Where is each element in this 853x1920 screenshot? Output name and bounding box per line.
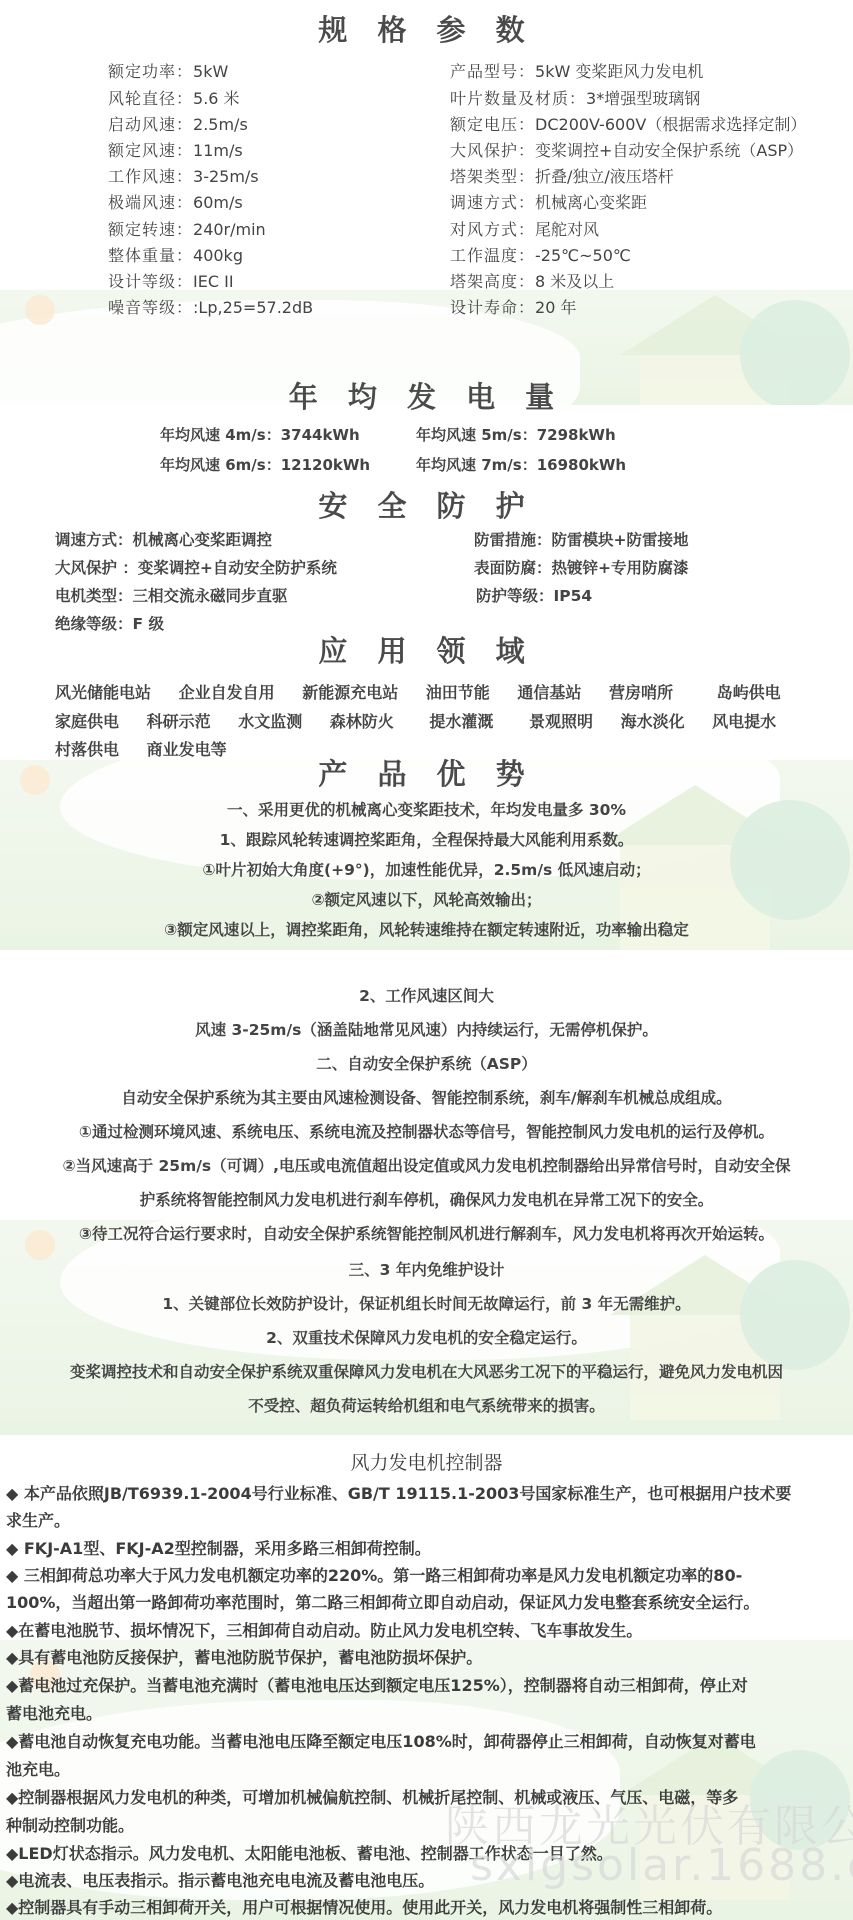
controller-line: ◆在蓄电池脱节、损坏情况下，三相卸荷自动启动。防止风力发电机空转、飞车事故发生。 [6, 1618, 851, 1641]
application-item: 家庭供电 [55, 709, 119, 732]
application-item: 科研示范 [147, 709, 211, 732]
safety-ip-rating: 防护等级：IP54 [476, 584, 592, 606]
safety-speed-control: 调速方式：机械离心变桨距调控 [55, 528, 272, 550]
advantages-title: 产 品 优 势 [0, 752, 853, 793]
spec-lifespan: 设计寿命：20 年 [450, 295, 576, 318]
spec-tower-type: 塔架类型：折叠/独立/液压塔杆 [450, 164, 674, 187]
annual-output-title: 年 均 发 电 量 [0, 375, 853, 416]
controller-line: ◆蓄电池过充保护。当蓄电池充满时（蓄电池电压达到额定电压125%），控制器将自动… [6, 1673, 851, 1696]
advantage-line: 1、跟踪风轮转速调控桨距角，全程保持最大风能利用系数。 [0, 828, 853, 850]
watermark-site: sxlgsolar.1688.com [470, 1840, 853, 1891]
controller-line: 蓄电池充电。 [6, 1701, 851, 1724]
application-item: 营房哨所 [609, 680, 673, 703]
spec-rotor-diameter: 风轮直径：5.6 米 [108, 86, 240, 109]
advantage-line: ①通过检测环境风速、系统电压、系统电流及控制器状态等信号，智能控制风力发电机的运… [0, 1120, 853, 1142]
spec-noise: 噪音等级：:Lp,25=57.2dB [108, 295, 313, 318]
application-item: 海水淡化 [621, 709, 685, 732]
advantage-line: 变桨调控技术和自动安全保护系统双重保障风力发电机在大风恶劣工况下的平稳运行，避免… [0, 1360, 853, 1382]
application-item: 油田节能 [426, 680, 490, 703]
spec-yaw: 对风方式：尾舵对风 [450, 217, 599, 240]
advantage-line: 不受控、超负荷运转给机组和电气系统带来的损害。 [0, 1394, 853, 1416]
advantage-line: 2、工作风速区间大 [0, 984, 853, 1006]
applications-row-1: 风光储能电站 企业自发自用 新能源充电站 油田节能 通信基站 营房哨所 岛屿供电 [55, 680, 803, 703]
spec-rated-speed: 额定转速：240r/min [108, 217, 266, 240]
spec-blades: 叶片数量及材质：3*增强型玻璃钢 [450, 86, 700, 109]
spec-tower-height: 塔架高度：8 米及以上 [450, 269, 614, 292]
annual-output-7ms: 年均风速 7m/s：16980kWh [416, 454, 626, 475]
controller-line: ◆具有蓄电池防反接保护，蓄电池防脱节保护，蓄电池防损坏保护。 [6, 1645, 851, 1668]
safety-storm-protection: 大风保护 ：变桨调控+自动安全防护系统 [55, 556, 337, 578]
controller-line: ◆ FKJ-A1型、FKJ-A2型控制器，采用多路三相卸荷控制。 [6, 1536, 851, 1559]
application-item: 提水灌溉 [429, 709, 493, 732]
advantage-line: ①叶片初始大角度(+9°)，加速性能优异，2.5m/s 低风速启动； [0, 858, 853, 880]
spec-weight: 整体重量：400kg [108, 243, 243, 266]
advantage-line: 1、关键部位长效防护设计，保证机组长时间无故障运行，前 3 年无需维护。 [0, 1292, 853, 1314]
spec-rated-voltage: 额定电压：DC200V-600V（根据需求选择定制） [450, 112, 806, 135]
application-item: 企业自发自用 [179, 680, 275, 703]
safety-anticorrosion: 表面防腐：热镀锌+专用防腐漆 [474, 556, 689, 578]
controller-line: 池充电。 [6, 1757, 851, 1780]
application-item: 风电提水 [712, 709, 776, 732]
advantage-line: 2、双重技术保障风力发电机的安全稳定运行。 [0, 1326, 853, 1348]
spec-working-wind: 工作风速：3-25m/s [108, 164, 259, 187]
spec-extreme-wind: 极端风速：60m/s [108, 190, 243, 213]
controller-line: ◆ 本产品依照JB/T6939.1-2004号行业标准、GB/T 19115.1… [6, 1481, 851, 1504]
advantage-line: ③额定风速以上，调控桨距角，风轮转速维持在额定转速附近，功率输出稳定 [0, 918, 853, 940]
annual-output-6ms: 年均风速 6m/s：12120kWh [160, 454, 370, 475]
controller-line: ◆ 三相卸荷总功率大于风力发电机额定功率的220%。第一路三相卸荷功率是风力发电… [6, 1563, 851, 1586]
spec-rated-wind: 额定风速：11m/s [108, 138, 243, 161]
spec-speed-control: 调速方式：机械离心变桨距 [450, 190, 647, 213]
advantage-line: ③待工况符合运行要求时，自动安全保护系统智能控制风机进行解刹车，风力发电机将再次… [0, 1222, 853, 1244]
advantage-line: ②额定风速以下，风轮高效输出； [0, 888, 853, 910]
application-item: 森林防火 [330, 709, 394, 732]
applications-title: 应 用 领 域 [0, 629, 853, 670]
advantage-heading: 一、采用更优的机械离心变桨距技术，年均发电量多 30% [0, 798, 853, 820]
controller-line: ◆蓄电池自动恢复充电功能。当蓄电池电压降至额定电压108%时，卸荷器停止三相卸荷… [6, 1729, 851, 1752]
advantage-line: 风速 3-25m/s（涵盖陆地常见风速）内持续运行，无需停机保护。 [0, 1018, 853, 1040]
advantage-line: 自动安全保护系统为其主要由风速检测设备、智能控制系统，刹车/解刹车机械总成组成。 [0, 1086, 853, 1108]
application-item: 通信基站 [517, 680, 581, 703]
spec-temperature: 工作温度：-25℃~50℃ [450, 243, 631, 266]
applications-row-2: 家庭供电 科研示范 水文监测 森林防火 提水灌溉 景观照明 海水淡化 风电提水 [55, 709, 798, 732]
application-item: 新能源充电站 [302, 680, 398, 703]
advantage-heading: 二、自动安全保护系统（ASP） [0, 1052, 853, 1074]
application-item: 风光储能电站 [55, 680, 151, 703]
safety-lightning: 防雷措施：防雷模块+防雷接地 [474, 528, 689, 550]
specs-title: 规 格 参 数 [0, 8, 853, 49]
spec-startup-wind: 启动风速：2.5m/s [108, 112, 248, 135]
spec-model: 产品型号：5kW 变桨距风力发电机 [450, 59, 703, 82]
application-item: 水文监测 [238, 709, 302, 732]
safety-motor-type: 电机类型：三相交流永磁同步直驱 [55, 584, 288, 606]
controller-line: ◆控制器具有手动三相卸荷开关，用户可根据情况使用。使用此开关，风力发电机将强制性… [6, 1895, 851, 1918]
advantage-line: ②当风速高于 25m/s（可调）,电压或电流值超出设定值或风力发电机控制器给出异… [0, 1154, 853, 1176]
spec-design-class: 设计等级：IEC II [108, 269, 234, 292]
application-item: 景观照明 [529, 709, 593, 732]
application-item: 岛屿供电 [717, 680, 781, 703]
annual-output-4ms: 年均风速 4m/s：3744kWh [160, 424, 360, 445]
spec-storm-protection: 大风保护：变桨调控+自动安全保护系统（ASP） [450, 138, 803, 161]
controller-line: 求生产。 [6, 1508, 851, 1531]
advantage-heading: 三、3 年内免维护设计 [0, 1258, 853, 1280]
spec-rated-power: 额定功率：5kW [108, 59, 228, 82]
annual-output-5ms: 年均风速 5m/s：7298kWh [416, 424, 616, 445]
advantage-line: 护系统将智能控制风力发电机进行刹车停机，确保风力发电机在异常工况下的安全。 [0, 1188, 853, 1210]
controller-line: 100%，当超出第一路卸荷功率范围时，第二路三相卸荷立即自动启动，保证风力发电整… [6, 1590, 851, 1613]
controller-title: 风力发电机控制器 [0, 1448, 853, 1475]
safety-title: 安 全 防 护 [0, 484, 853, 525]
